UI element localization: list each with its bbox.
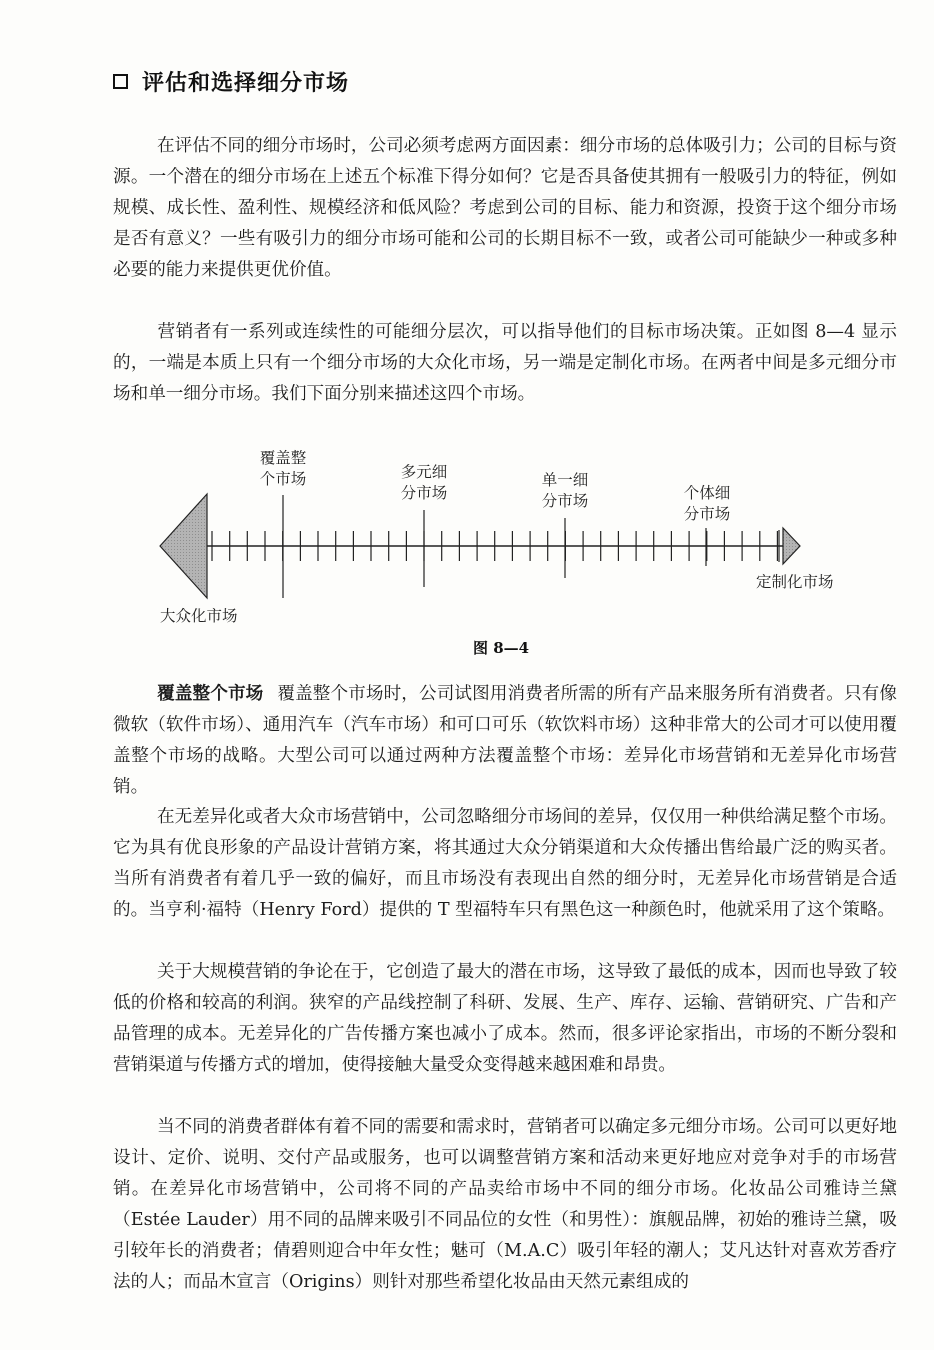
paragraph-text: 当不同的消费者群体有着不同的需要和需求时，营销者可以确定多元细分市场。公司可以更… [113, 1117, 897, 1292]
paragraph-undifferentiated-marketing: 在无差异化或者大众市场营销中，公司忽略细分市场间的差异，仅仅用一种供给满足整个市… [113, 802, 897, 926]
paragraph-text: 营销者有一系列或连续性的可能细分层次，可以指导他们的目标市场决策。正如图 8—4… [113, 322, 897, 404]
paragraph-full-market-coverage: 覆盖整个市场覆盖整个市场时，公司试图用消费者所需的所有产品来服务所有消费者。只有… [113, 678, 897, 803]
book-page: 评估和选择细分市场 在评估不同的细分市场时，公司必须考虑两方面因素：细分市场的总… [0, 0, 934, 1350]
run-in-heading: 覆盖整个市场 [157, 683, 263, 704]
marker-label-individual: 个体细 分市场 [676, 483, 738, 525]
left-end-label: 大众化市场 [160, 606, 238, 627]
paragraph-text: 在评估不同的细分市场时，公司必须考虑两方面因素：细分市场的总体吸引力；公司的目标… [113, 136, 897, 280]
figure-caption: 图 8—4 [473, 637, 529, 658]
paragraph-mass-marketing-argument: 关于大规模营销的争论在于，它创造了最大的潜在市场，这导致了最低的成本，因而也导致… [113, 957, 897, 1081]
paragraph-segment-evaluation: 在评估不同的细分市场时，公司必须考虑两方面因素：细分市场的总体吸引力；公司的目标… [113, 131, 897, 286]
paragraph-text: 关于大规模营销的争论在于，它创造了最大的潜在市场，这导致了最低的成本，因而也导致… [113, 962, 897, 1075]
large-left-triangle-icon [160, 494, 207, 598]
marker-label-single-segment: 单一细 分市场 [534, 470, 596, 512]
paragraph-segmentation-levels: 营销者有一系列或连续性的可能细分层次，可以指导他们的目标市场决策。正如图 8—4… [113, 317, 897, 410]
section-heading: 评估和选择细分市场 [113, 66, 349, 97]
figure-8-4-segmentation-continuum: 覆盖整 个市场 多元细 分市场 单一细 分市场 个体细 分市场 大众化市场 定制… [0, 440, 934, 670]
marker-label-multi-segment: 多元细 分市场 [393, 462, 455, 504]
marker-label-full-coverage: 覆盖整 个市场 [253, 448, 313, 490]
paragraph-text: 在无差异化或者大众市场营销中，公司忽略细分市场间的差异，仅仅用一种供给满足整个市… [113, 807, 897, 920]
continuum-diagram [0, 440, 934, 670]
section-title: 评估和选择细分市场 [142, 66, 349, 97]
paragraph-differentiated-marketing: 当不同的消费者群体有着不同的需要和需求时，营销者可以确定多元细分市场。公司可以更… [113, 1112, 897, 1298]
small-right-arrow-icon [783, 528, 800, 564]
checkbox-square-icon [113, 74, 128, 89]
right-end-label: 定制化市场 [756, 572, 834, 593]
